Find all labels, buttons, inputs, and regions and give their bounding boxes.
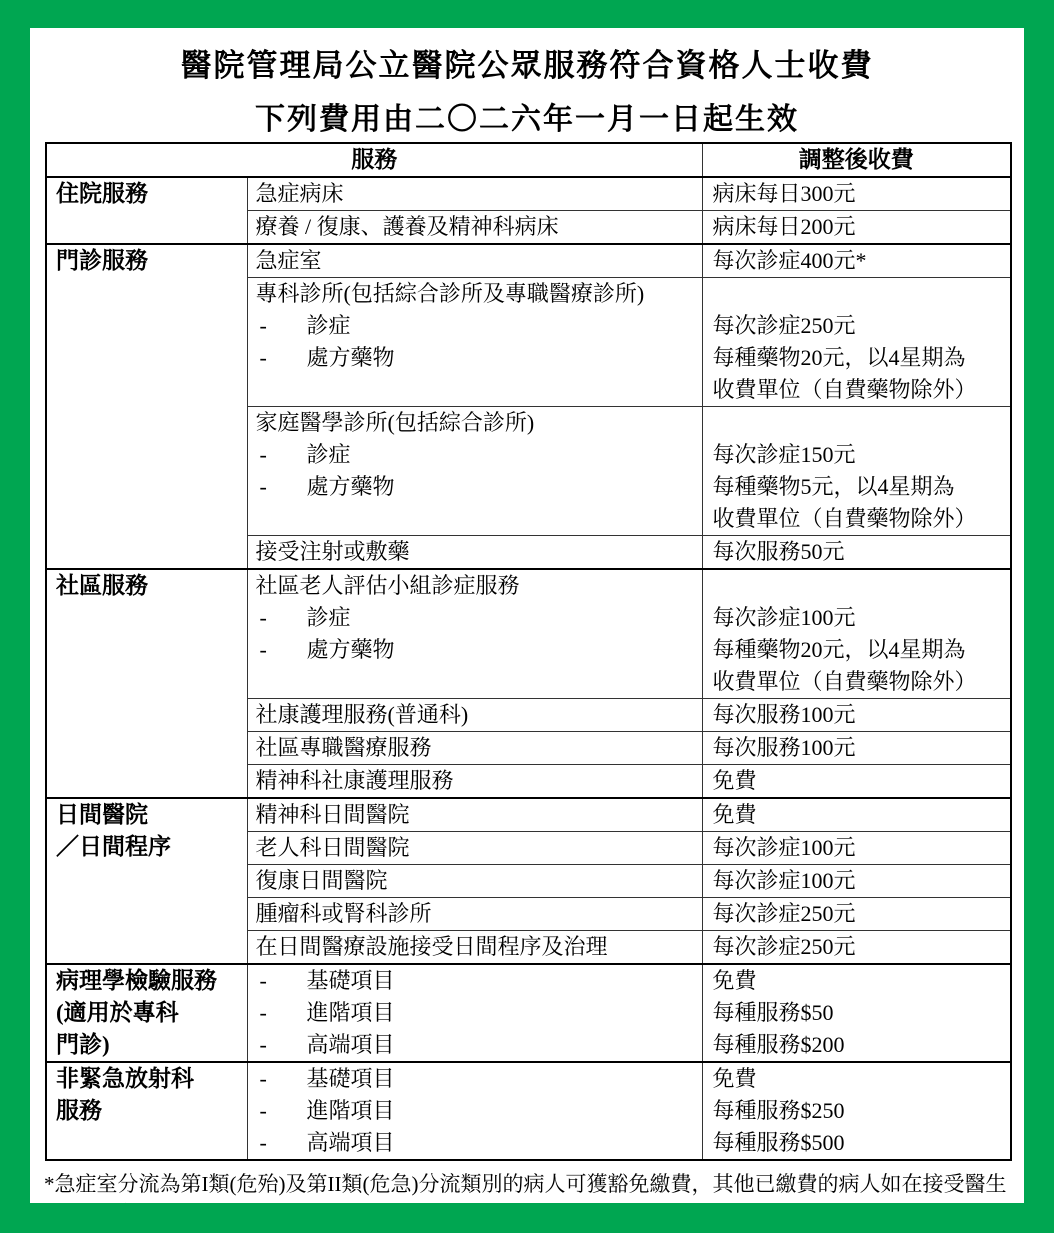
service-category-cell: 病理學檢驗服務(適用於專科門診) <box>46 964 247 1062</box>
cell-line: 每次診症100元 <box>703 865 1011 897</box>
cell-line: 精神科社康護理服務 <box>248 765 702 797</box>
cell-line: 病床每日300元 <box>703 178 1011 210</box>
service-cell: 家庭醫學診所(包括綜合診所)-診症-處方藥物 <box>247 407 702 536</box>
cell-line: -高端項目 <box>248 1029 702 1061</box>
list-dash: - <box>260 602 307 634</box>
fee-cell: 每次診症400元* <box>702 244 1011 278</box>
cell-line: 收費單位（自費藥物除外） <box>703 374 1011 406</box>
service-category-label: 門診服務 <box>47 245 247 277</box>
list-dash: - <box>260 439 307 471</box>
cell-line: 每種藥物20元，以4星期為 <box>703 342 1011 374</box>
list-item-text: 診症 <box>307 313 351 338</box>
cell-line: 每次診症150元 <box>703 439 1011 471</box>
fee-cell: 每次診症250元 <box>702 931 1011 965</box>
fee-cell: 每次診症250元 <box>702 898 1011 931</box>
service-cell: 社區專職醫療服務 <box>247 732 702 765</box>
list-item-text: 基礎項目 <box>307 1066 395 1091</box>
fee-cell: 每次服務100元 <box>702 699 1011 732</box>
list-item-text: 診症 <box>307 442 351 467</box>
service-cell: 腫瘤科或腎科診所 <box>247 898 702 931</box>
cell-line: 每次診症100元 <box>703 602 1011 634</box>
cell-line: 療養 / 復康、護養及精神科病床 <box>248 211 702 243</box>
list-item-text: 高端項目 <box>307 1130 395 1155</box>
fees-table-body: 住院服務急症病床病床每日300元療養 / 復康、護養及精神科病床病床每日200元… <box>46 177 1011 1160</box>
page-frame: 醫院管理局公立醫院公眾服務符合資格人士收費 下列費用由二〇二六年一月一日起生效 … <box>0 0 1054 1233</box>
cell-line <box>248 374 702 406</box>
service-category-label: 病理學檢驗服務 <box>47 965 247 997</box>
cell-line: 免費 <box>703 799 1011 831</box>
cell-line: 每種藥物5元，以4星期為 <box>703 471 1011 503</box>
service-cell: -基礎項目-進階項目-高端項目 <box>247 964 702 1062</box>
footnote-line: 診症前離開急症室，可於急症室登記後24小時內提出申請退回350元。 <box>44 1199 1024 1203</box>
fee-cell: 免費 <box>702 798 1011 832</box>
cell-line: 免費 <box>703 765 1011 797</box>
list-dash: - <box>260 1127 307 1159</box>
service-category-label: 服務 <box>47 1095 247 1127</box>
service-category-cell: 社區服務 <box>46 569 247 798</box>
cell-line: 精神科日間醫院 <box>248 799 702 831</box>
fees-table: 服務 調整後收費 住院服務急症病床病床每日300元療養 / 復康、護養及精神科病… <box>45 142 1012 1161</box>
table-row: 非緊急放射科服務-基礎項目-進階項目-高端項目免費每種服務$250每種服務$50… <box>46 1062 1011 1160</box>
cell-line: 每次服務100元 <box>703 732 1011 764</box>
table-row: 社區服務社區老人評估小組診症服務-診症-處方藥物 每次診症100元每種藥物20元… <box>46 569 1011 699</box>
list-item-text: 進階項目 <box>307 1098 395 1123</box>
list-dash: - <box>260 1095 307 1127</box>
cell-line: 在日間醫療設施接受日間程序及治理 <box>248 931 702 963</box>
table-row: 門診服務急症室每次診症400元* <box>46 244 1011 278</box>
cell-line: 每次診症250元 <box>703 931 1011 963</box>
fee-cell: 免費每種服務$250每種服務$500 <box>702 1062 1011 1160</box>
cell-line: 每種服務$200 <box>703 1029 1011 1061</box>
cell-line <box>703 570 1011 602</box>
table-header-service: 服務 <box>46 143 702 177</box>
service-cell: 精神科社康護理服務 <box>247 765 702 799</box>
cell-line: 每次診症250元 <box>703 310 1011 342</box>
footnote: *急症室分流為第I類(危殆)及第II類(危急)分流類別的病人可獲豁免繳費，其他已… <box>44 1169 1024 1203</box>
table-header-row: 服務 調整後收費 <box>46 143 1011 177</box>
cell-line: 每種藥物20元，以4星期為 <box>703 634 1011 666</box>
cell-line: 急症病床 <box>248 178 702 210</box>
service-cell: 接受注射或敷藥 <box>247 536 702 570</box>
fee-cell: 每次診症100元 <box>702 865 1011 898</box>
list-item-text: 處方藥物 <box>307 637 395 662</box>
service-category-cell: 住院服務 <box>46 177 247 244</box>
cell-line: 病床每日200元 <box>703 211 1011 243</box>
table-row: 住院服務急症病床病床每日300元 <box>46 177 1011 211</box>
service-category-cell: 非緊急放射科服務 <box>46 1062 247 1160</box>
cell-line: 每次服務50元 <box>703 536 1011 568</box>
service-category-label: 日間醫院 <box>47 799 247 831</box>
cell-line: 免費 <box>703 1063 1011 1095</box>
table-row: 日間醫院／日間程序精神科日間醫院免費 <box>46 798 1011 832</box>
cell-line: 老人科日間醫院 <box>248 832 702 864</box>
cell-line: -處方藥物 <box>248 471 702 503</box>
list-dash: - <box>260 1029 307 1061</box>
cell-line: -高端項目 <box>248 1127 702 1159</box>
cell-line: 社區老人評估小組診症服務 <box>248 570 702 602</box>
list-dash: - <box>260 1063 307 1095</box>
cell-line: 急症室 <box>248 245 702 277</box>
fee-cell: 每次服務50元 <box>702 536 1011 570</box>
table-header-fee: 調整後收費 <box>702 143 1011 177</box>
cell-line: 每次診症250元 <box>703 898 1011 930</box>
fee-cell: 免費每種服務$50每種服務$200 <box>702 964 1011 1062</box>
cell-line: 接受注射或敷藥 <box>248 536 702 568</box>
cell-line: 社區專職醫療服務 <box>248 732 702 764</box>
cell-line: -處方藥物 <box>248 342 702 374</box>
cell-line: 腫瘤科或腎科診所 <box>248 898 702 930</box>
cell-line <box>703 278 1011 310</box>
cell-line: 每種服務$500 <box>703 1127 1011 1159</box>
service-cell: 急症室 <box>247 244 702 278</box>
fee-cell: 每次服務100元 <box>702 732 1011 765</box>
list-dash: - <box>260 342 307 374</box>
list-item-text: 處方藥物 <box>307 345 395 370</box>
list-dash: - <box>260 634 307 666</box>
cell-line: -診症 <box>248 602 702 634</box>
cell-line: 收費單位（自費藥物除外） <box>703 666 1011 698</box>
cell-line: -基礎項目 <box>248 965 702 997</box>
cell-line: -診症 <box>248 310 702 342</box>
list-dash: - <box>260 471 307 503</box>
cell-line: -進階項目 <box>248 1095 702 1127</box>
fee-cell: 病床每日200元 <box>702 211 1011 245</box>
list-item-text: 處方藥物 <box>307 474 395 499</box>
cell-line: 復康日間醫院 <box>248 865 702 897</box>
footnote-line: *急症室分流為第I類(危殆)及第II類(危急)分流類別的病人可獲豁免繳費，其他已… <box>44 1169 1024 1199</box>
service-category-label: 非緊急放射科 <box>47 1063 247 1095</box>
notice-sheet: 醫院管理局公立醫院公眾服務符合資格人士收費 下列費用由二〇二六年一月一日起生效 … <box>30 28 1024 1203</box>
list-dash: - <box>260 965 307 997</box>
service-cell: 療養 / 復康、護養及精神科病床 <box>247 211 702 245</box>
cell-line <box>248 503 702 535</box>
page-subtitle: 下列費用由二〇二六年一月一日起生效 <box>30 100 1024 140</box>
fee-cell: 每次診症250元每種藥物20元，以4星期為收費單位（自費藥物除外） <box>702 278 1011 407</box>
cell-line: -診症 <box>248 439 702 471</box>
service-cell: 復康日間醫院 <box>247 865 702 898</box>
fee-cell: 每次診症100元 <box>702 832 1011 865</box>
list-dash: - <box>260 997 307 1029</box>
cell-line <box>703 407 1011 439</box>
cell-line: 每種服務$50 <box>703 997 1011 1029</box>
service-category-cell: 門診服務 <box>46 244 247 569</box>
table-row: 病理學檢驗服務(適用於專科門診)-基礎項目-進階項目-高端項目免費每種服務$50… <box>46 964 1011 1062</box>
cell-line: 每次診症100元 <box>703 832 1011 864</box>
service-category-label: (適用於專科 <box>47 997 247 1029</box>
cell-line: 免費 <box>703 965 1011 997</box>
fee-cell: 免費 <box>702 765 1011 799</box>
cell-line: -基礎項目 <box>248 1063 702 1095</box>
service-category-label: 門診) <box>47 1029 247 1061</box>
fee-cell: 每次診症100元每種藥物20元，以4星期為收費單位（自費藥物除外） <box>702 569 1011 699</box>
list-item-text: 診症 <box>307 605 351 630</box>
cell-line: 收費單位（自費藥物除外） <box>703 503 1011 535</box>
service-category-label: ／日間程序 <box>47 831 247 863</box>
fee-cell: 每次診症150元每種藥物5元，以4星期為收費單位（自費藥物除外） <box>702 407 1011 536</box>
cell-line: 專科診所(包括綜合診所及專職醫療診所) <box>248 278 702 310</box>
cell-line: -進階項目 <box>248 997 702 1029</box>
service-category-label: 住院服務 <box>47 178 247 210</box>
service-category-label: 社區服務 <box>47 570 247 602</box>
service-cell: -基礎項目-進階項目-高端項目 <box>247 1062 702 1160</box>
cell-line: 每次診症400元* <box>703 245 1011 277</box>
fee-cell: 病床每日300元 <box>702 177 1011 211</box>
page-title: 醫院管理局公立醫院公眾服務符合資格人士收費 <box>30 46 1024 86</box>
service-cell: 急症病床 <box>247 177 702 211</box>
cell-line: 社康護理服務(普通科) <box>248 699 702 731</box>
service-cell: 社區老人評估小組診症服務-診症-處方藥物 <box>247 569 702 699</box>
cell-line: -處方藥物 <box>248 634 702 666</box>
list-item-text: 進階項目 <box>307 1000 395 1025</box>
service-cell: 精神科日間醫院 <box>247 798 702 832</box>
service-cell: 專科診所(包括綜合診所及專職醫療診所)-診症-處方藥物 <box>247 278 702 407</box>
service-cell: 老人科日間醫院 <box>247 832 702 865</box>
cell-line: 家庭醫學診所(包括綜合診所) <box>248 407 702 439</box>
cell-line <box>248 666 702 698</box>
list-dash: - <box>260 310 307 342</box>
cell-line: 每次服務100元 <box>703 699 1011 731</box>
service-cell: 在日間醫療設施接受日間程序及治理 <box>247 931 702 965</box>
list-item-text: 基礎項目 <box>307 968 395 993</box>
list-item-text: 高端項目 <box>307 1032 395 1057</box>
service-cell: 社康護理服務(普通科) <box>247 699 702 732</box>
cell-line: 每種服務$250 <box>703 1095 1011 1127</box>
service-category-cell: 日間醫院／日間程序 <box>46 798 247 964</box>
